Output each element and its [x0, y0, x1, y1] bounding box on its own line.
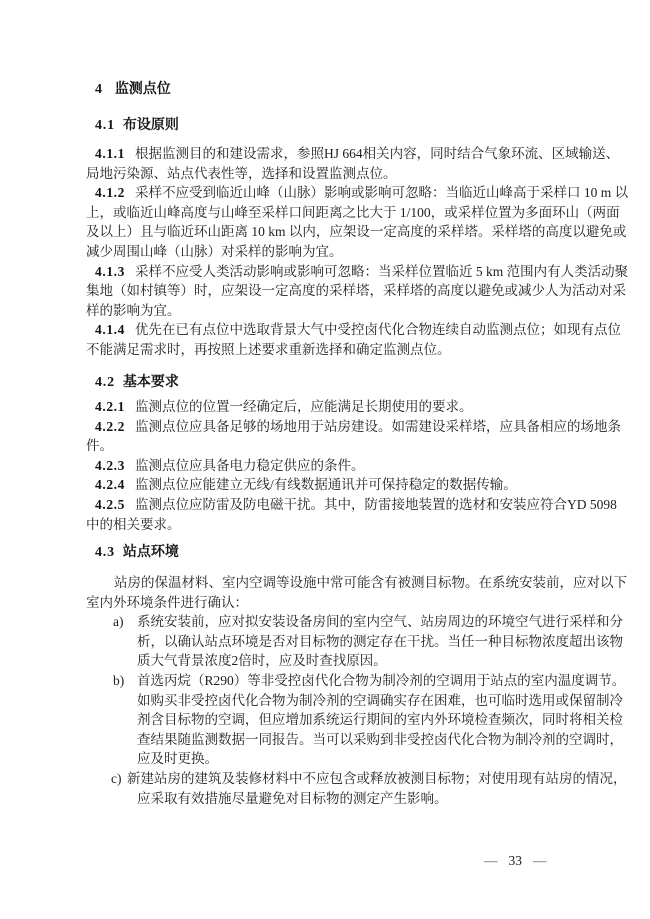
line-text: 根据监测目的和建设需求，参照HJ 664相关内容，同时结合气象环流、区域输送、	[135, 146, 619, 161]
line-text: 应采取有效措施尽量避免对目标物的测定产生影响。	[137, 791, 448, 806]
line-text: 查结果随监测数据一同报告。当可以采购到非受控卤代化合物为制冷剂的空调时，	[137, 732, 623, 747]
line-text: 减少周围山峰（山脉）对采样的影响为宜。	[86, 244, 343, 259]
doc-line: 4.2.1监测点位的位置一经确定后，应能满足长期使用的要求。	[86, 397, 564, 417]
doc-line: a)系统安装前，应对拟安装设备房间的室内空气、站房周边的环境空气进行采样和分	[86, 612, 564, 632]
line-text: 监测点位应能建立无线/有线数据通讯并可保持稳定的数据传输。	[135, 477, 517, 492]
line-text: 质大气背景浓度2倍时，应及时查找原因。	[137, 653, 387, 668]
footer-dash-right: —	[533, 852, 547, 870]
clause-group-4-2: 4.2.1监测点位的位置一经确定后，应能满足长期使用的要求。4.2.2监测点位应…	[86, 397, 564, 534]
line-text: 优先在已有点位中选取背景大气中受控卤代化合物连续自动监测点位；如现有点位	[135, 322, 621, 337]
line-text: 室内外环境条件进行确认：	[86, 595, 248, 610]
line-text: 局地污染源、站点代表性等，选择和设置监测点位。	[86, 166, 397, 181]
doc-line: 4.2.3监测点位应具备电力稳定供应的条件。	[86, 456, 564, 476]
line-text: 监测点位应防雷及防电磁干扰。其中，防雷接地装置的选材和安装应符合YD 5098	[135, 497, 617, 512]
doc-line: 集地（如村镇等）时，应架设一定高度的采样塔，采样塔的高度以避免或减少人为活动对采	[86, 281, 564, 301]
section-number: 4.2	[95, 375, 115, 390]
page-number: 33	[509, 852, 523, 870]
line-text: 不能满足需求时，再按照上述要求重新选择和确定监测点位。	[86, 342, 451, 357]
doc-line: 中的相关要求。	[86, 515, 564, 535]
doc-line: 4.1.3采样不应受人类活动影响或影响可忽略：当采样位置临近 5 km 范围内有…	[86, 262, 564, 282]
clause-number: 4.1.3	[95, 264, 125, 279]
doc-line: 上，或临近山峰高度与山峰至采样口间距离之比大于 1/100，或采样位置为多面环山…	[86, 203, 564, 223]
line-text: 中的相关要求。	[86, 517, 181, 532]
line-text: 及以上）且与临近环山距离 10 km 以内，应架设一定高度的采样塔。采样塔的高度…	[86, 224, 626, 239]
doc-line: 样的影响为宜。	[86, 301, 564, 321]
line-text: 新建站房的建筑及装修材料中不应包含或释放被测目标物；对使用现有站房的情况，	[127, 771, 627, 786]
clause-number: 4.2.1	[95, 399, 125, 414]
doc-line: 站房的保温材料、室内空调等设施中常可能含有被测目标物。在系统安装前，应对以下	[86, 573, 564, 593]
clause-group-4-3: 站房的保温材料、室内空调等设施中常可能含有被测目标物。在系统安装前，应对以下室内…	[86, 573, 564, 808]
section-number: 4.1	[95, 118, 115, 133]
section-title: 布设原则	[123, 118, 179, 133]
clause-number: 4.2.3	[95, 458, 125, 473]
line-text: 如购买非受控卤代化合物为制冷剂的空调确实存在困难，也可临时选用或保留制冷	[137, 693, 623, 708]
section-title: 监测点位	[115, 82, 171, 97]
section-title: 站点环境	[123, 545, 179, 560]
line-text: 监测点位的位置一经确定后，应能满足长期使用的要求。	[135, 399, 473, 414]
list-marker: c)	[111, 769, 127, 789]
section-number: 4	[95, 82, 103, 97]
page-footer: — 33 —	[484, 852, 547, 870]
line-text: 集地（如村镇等）时，应架设一定高度的采样塔，采样塔的高度以避免或减少人为活动对采	[86, 283, 626, 298]
doc-line: 质大气背景浓度2倍时，应及时查找原因。	[86, 651, 564, 671]
section-heading-4-1: 4.1布设原则	[95, 117, 179, 135]
line-text: 剂含目标物的空调，但应增加系统运行期间的室内外环境检查频次，同时将相关检	[137, 712, 623, 727]
section-heading-4: 4监测点位	[95, 81, 171, 99]
doc-line: b)首选丙烷（R290）等非受控卤代化合物为制冷剂的空调用于站点的室内温度调节。	[86, 671, 564, 691]
doc-line: 局地污染源、站点代表性等，选择和设置监测点位。	[86, 164, 564, 184]
section-title: 基本要求	[123, 375, 179, 390]
doc-line: 4.2.5监测点位应防雷及防电磁干扰。其中，防雷接地装置的选材和安装应符合YD …	[86, 495, 564, 515]
doc-line: 应及时更换。	[86, 749, 564, 769]
list-marker: b)	[113, 671, 137, 691]
doc-line: 室内外环境条件进行确认：	[86, 593, 564, 613]
section-heading-4-3: 4.3站点环境	[95, 544, 179, 562]
line-text: 件。	[86, 438, 113, 453]
line-text: 站房的保温材料、室内空调等设施中常可能含有被测目标物。在系统安装前，应对以下	[114, 575, 627, 590]
clause-number: 4.2.4	[95, 477, 125, 492]
doc-line: 应采取有效措施尽量避免对目标物的测定产生影响。	[86, 789, 564, 809]
document-page: 4监测点位 4.1布设原则 4.1.1根据监测目的和建设需求，参照HJ 664相…	[0, 0, 650, 919]
line-text: 系统安装前，应对拟安装设备房间的室内空气、站房周边的环境空气进行采样和分	[137, 614, 623, 629]
line-text: 析，以确认站点环境是否对目标物的测定存在干扰。当任一种目标物浓度超出该物	[137, 634, 623, 649]
line-text: 监测点位应具备足够的场地用于站房建设。如需建设采样塔，应具备相应的场地条	[135, 419, 621, 434]
clause-number: 4.2.5	[95, 497, 125, 512]
doc-line: 4.1.4优先在已有点位中选取背景大气中受控卤代化合物连续自动监测点位；如现有点…	[86, 320, 564, 340]
section-number: 4.3	[95, 545, 115, 560]
line-text: 应及时更换。	[137, 751, 218, 766]
doc-line: 4.1.2采样不应受到临近山峰（山脉）影响或影响可忽略：当临近山峰高于采样口 1…	[86, 183, 564, 203]
doc-line: 4.1.1根据监测目的和建设需求，参照HJ 664相关内容，同时结合气象环流、区…	[86, 144, 564, 164]
doc-line: 4.2.2监测点位应具备足够的场地用于站房建设。如需建设采样塔，应具备相应的场地…	[86, 417, 564, 437]
doc-line: 4.2.4监测点位应能建立无线/有线数据通讯并可保持稳定的数据传输。	[86, 475, 564, 495]
clause-number: 4.1.4	[95, 322, 125, 337]
line-text: 样的影响为宜。	[86, 303, 181, 318]
section-heading-4-2: 4.2基本要求	[95, 374, 179, 392]
line-text: 上，或临近山峰高度与山峰至采样口间距离之比大于 1/100，或采样位置为多面环山…	[86, 205, 620, 220]
line-text: 首选丙烷（R290）等非受控卤代化合物为制冷剂的空调用于站点的室内温度调节。	[137, 673, 625, 688]
footer-dash-left: —	[484, 852, 498, 870]
clause-group-4-1: 4.1.1根据监测目的和建设需求，参照HJ 664相关内容，同时结合气象环流、区…	[86, 144, 564, 360]
list-marker: a)	[113, 612, 137, 632]
doc-line: 不能满足需求时，再按照上述要求重新选择和确定监测点位。	[86, 340, 564, 360]
clause-number: 4.1.1	[95, 146, 125, 161]
line-text: 采样不应受人类活动影响或影响可忽略：当采样位置临近 5 km 范围内有人类活动聚	[135, 264, 628, 279]
doc-line: 查结果随监测数据一同报告。当可以采购到非受控卤代化合物为制冷剂的空调时，	[86, 730, 564, 750]
clause-number: 4.2.2	[95, 419, 125, 434]
doc-line: 件。	[86, 436, 564, 456]
doc-line: 及以上）且与临近环山距离 10 km 以内，应架设一定高度的采样塔。采样塔的高度…	[86, 222, 564, 242]
doc-line: c)新建站房的建筑及装修材料中不应包含或释放被测目标物；对使用现有站房的情况，	[86, 769, 564, 789]
line-text: 监测点位应具备电力稳定供应的条件。	[135, 458, 365, 473]
doc-line: 如购买非受控卤代化合物为制冷剂的空调确实存在困难，也可临时选用或保留制冷	[86, 691, 564, 711]
doc-line: 减少周围山峰（山脉）对采样的影响为宜。	[86, 242, 564, 262]
line-text: 采样不应受到临近山峰（山脉）影响或影响可忽略：当临近山峰高于采样口 10 m 以	[135, 185, 628, 200]
doc-line: 析，以确认站点环境是否对目标物的测定存在干扰。当任一种目标物浓度超出该物	[86, 632, 564, 652]
clause-number: 4.1.2	[95, 185, 125, 200]
doc-line: 剂含目标物的空调，但应增加系统运行期间的室内外环境检查频次，同时将相关检	[86, 710, 564, 730]
